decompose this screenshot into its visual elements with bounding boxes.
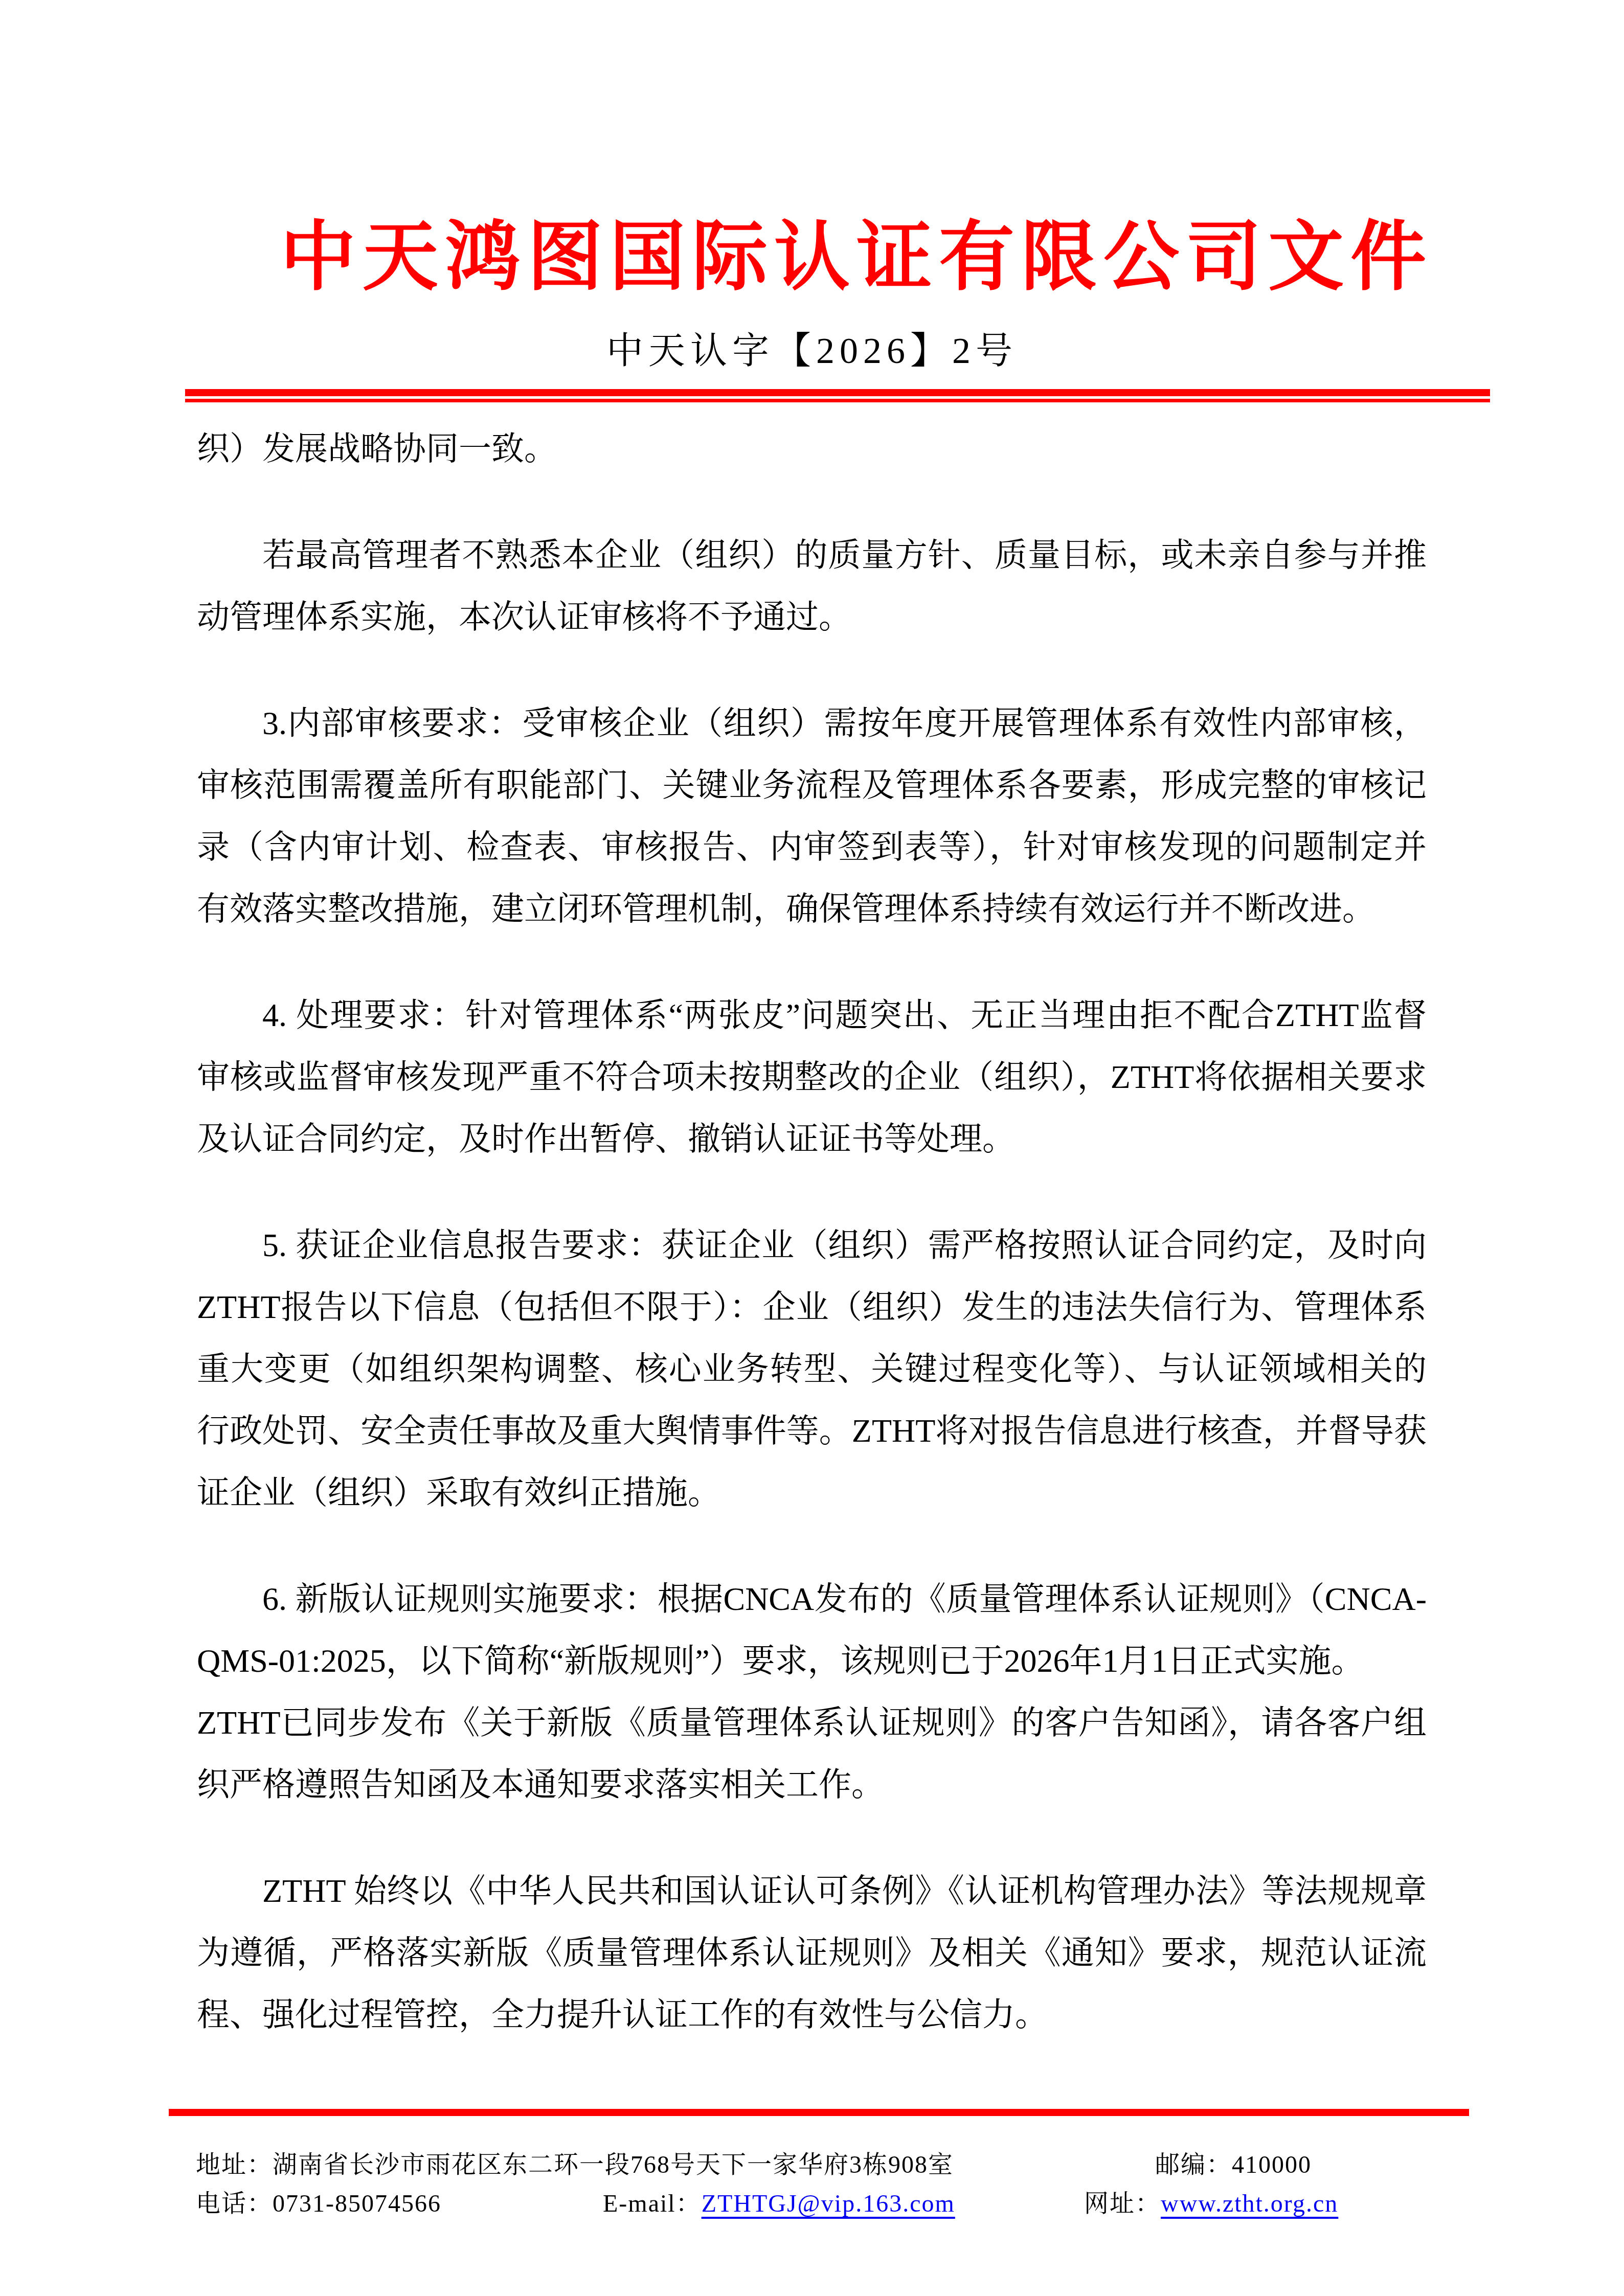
body-line: 织）发展战略协同一致。 (197, 428, 1427, 469)
zip-label: 邮编： (1155, 2151, 1232, 2178)
phone-value: 0731-85074566 (273, 2190, 441, 2217)
document-number: 中天认字【2026】2号 (0, 330, 1624, 371)
address-value: 湖南省长沙市雨花区东二环一段768号天下一家华府3栋908室 (273, 2151, 954, 2178)
address-label: 地址： (196, 2151, 273, 2178)
body-line: 织严格遵照告知函及本通知要求落实相关工作。 (197, 1764, 1427, 1805)
body-line: 审核或监督审核发现严重不符合项未按期整改的企业（组织），ZTHT将依据相关要求 (197, 1057, 1427, 1098)
body-line: 5. 获证企业信息报告要求：获证企业（组织）需严格按照认证合同约定，及时向 (197, 1225, 1427, 1266)
footer-zip: 邮编：410000 (1155, 2150, 1312, 2180)
body-line: 审核范围需覆盖所有职能部门、关键业务流程及管理体系各要素，形成完整的审核记 (197, 765, 1427, 806)
body-line: 6. 新版认证规则实施要求：根据CNCA发布的《质量管理体系认证规则》（CNCA… (197, 1579, 1427, 1620)
body-line: 动管理体系实施，本次认证审核将不予通过。 (197, 597, 1427, 638)
website-link[interactable]: www.ztht.org.cn (1161, 2190, 1338, 2217)
website-label: 网址： (1084, 2190, 1161, 2217)
body-line: 及认证合同约定，及时作出暂停、撤销认证证书等处理。 (197, 1119, 1427, 1160)
footer-website: 网址：www.ztht.org.cn (1084, 2189, 1338, 2219)
document-page: 中天鸿图国际认证有限公司文件 中天认字【2026】2号 织）发展战略协同一致。若… (0, 0, 1624, 2296)
body-line: 有效落实整改措施，建立闭环管理机制，确保管理体系持续有效运行并不断改进。 (197, 889, 1427, 929)
header-rule-thin (185, 399, 1490, 402)
footer-rule (169, 2109, 1469, 2116)
body-line: 录（含内审计划、检查表、审核报告、内审签到表等），针对审核发现的问题制定并 (197, 827, 1427, 868)
body-line: 若最高管理者不熟悉本企业（组织）的质量方针、质量目标，或未亲自参与并推 (197, 535, 1427, 576)
header-rule-thick (185, 389, 1490, 396)
body-line: QMS-01:2025，以下简称“新版规则”）要求，该规则已于2026年1月1日… (197, 1641, 1427, 1681)
body-line: ZTHT报告以下信息（包括但不限于）：企业（组织）发生的违法失信行为、管理体系 (197, 1287, 1427, 1328)
zip-value: 410000 (1232, 2151, 1312, 2178)
body-line: 重大变更（如组织架构调整、核心业务转型、关键过程变化等）、与认证领域相关的 (197, 1349, 1427, 1390)
body-line: ZTHT已同步发布《关于新版《质量管理体系认证规则》的客户告知函》，请各客户组 (197, 1702, 1427, 1743)
body-line: 为遵循，严格落实新版《质量管理体系认证规则》及相关《通知》要求，规范认证流 (197, 1933, 1427, 1973)
body-line: 程、强化过程管控，全力提升认证工作的有效性与公信力。 (197, 1994, 1427, 2035)
body-line: 证企业（组织）采取有效纠正措施。 (197, 1472, 1427, 1513)
footer-address: 地址：湖南省长沙市雨花区东二环一段768号天下一家华府3栋908室 (196, 2150, 954, 2180)
footer-phone: 电话：0731-85074566 (196, 2189, 441, 2219)
email-label: E-mail： (603, 2190, 702, 2217)
document-title: 中天鸿图国际认证有限公司文件 (280, 217, 1433, 299)
body-line: ZTHT 始终以《中华人民共和国认证认可条例》《认证机构管理办法》等法规规章 (197, 1871, 1427, 1912)
body-line: 行政处罚、安全责任事故及重大舆情事件等。ZTHT将对报告信息进行核查，并督导获 (197, 1411, 1427, 1451)
phone-label: 电话： (196, 2190, 273, 2217)
footer-email: E-mail：ZTHTGJ@vip.163.com (603, 2189, 955, 2219)
email-link[interactable]: ZTHTGJ@vip.163.com (702, 2190, 955, 2217)
body-line: 4. 处理要求：针对管理体系“两张皮”问题突出、无正当理由拒不配合ZTHT监督 (197, 995, 1427, 1036)
body-line: 3.内部审核要求：受审核企业（组织）需按年度开展管理体系有效性内部审核， (197, 703, 1427, 744)
